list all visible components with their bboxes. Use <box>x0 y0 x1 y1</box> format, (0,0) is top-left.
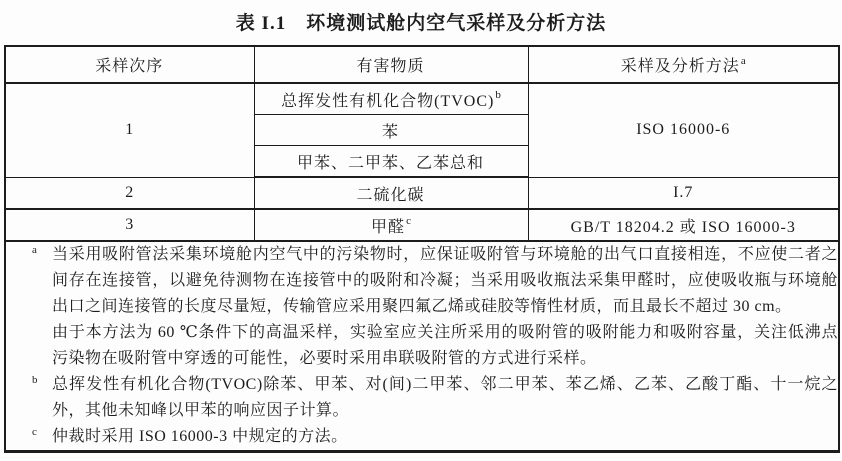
cell-order-1: 1 <box>5 83 254 177</box>
footnote-a-paragraph-1: 当采用吸附管法采集环境舱内空气中的污染物时，应保证吸附管与环境舱的出气口直接相连… <box>52 242 838 320</box>
footnote-ref-c: c <box>406 215 411 227</box>
footnote-marker-a: a <box>32 245 38 256</box>
substance-label: 二硫化碳 <box>356 187 424 204</box>
header-label: 有害物质 <box>356 58 424 75</box>
document-page: 表 I.1 环境测试舱内空气采样及分析方法 采样次序 有害物质 采样及分析方法a… <box>0 0 842 461</box>
substance-label: 苯 <box>382 124 399 141</box>
footnote-a-paragraph-2: 由于本方法为 60 ℃条件下的高温采样，实验室应关注所采用的吸附管的吸附能力和吸… <box>52 320 838 372</box>
cell-substance-toluene-sum: 甲苯、二甲苯、乙苯总和 <box>254 146 528 178</box>
footnote-c: c 仲裁时采用 ISO 16000-3 中规定的方法。 <box>6 424 838 450</box>
footnote-c-paragraph-1: 仲裁时采用 ISO 16000-3 中规定的方法。 <box>52 424 838 450</box>
substance-label: 总挥发性有机化合物(TVOC) <box>281 93 494 110</box>
cell-substance-benzene: 苯 <box>254 115 528 146</box>
footnote-b: b 总挥发性有机化合物(TVOC)除苯、甲苯、对(间)二甲苯、邻二甲苯、苯乙烯、… <box>6 372 838 424</box>
footnote-ref-b: b <box>495 89 501 101</box>
header-cell-sampling-order: 采样次序 <box>5 46 254 83</box>
sampling-methods-table: 采样次序 有害物质 采样及分析方法a 1 总挥发性有机化合物(TVOC)b IS… <box>4 45 840 453</box>
cell-substance-formaldehyde: 甲醛c <box>254 209 528 241</box>
footnote-row: a 当采用吸附管法采集环境舱内空气中的污染物时，应保证吸附管与环境舱的出气口直接… <box>5 241 839 452</box>
header-label: 采样次序 <box>95 58 163 75</box>
header-cell-harmful-substance: 有害物质 <box>254 46 528 83</box>
cell-substance-tvoc: 总挥发性有机化合物(TVOC)b <box>254 83 528 115</box>
table-row: 3 甲醛c GB/T 18204.2 或 ISO 16000-3 <box>5 209 839 241</box>
cell-substance-carbon-disulfide: 二硫化碳 <box>254 177 528 209</box>
table-title: 表 I.1 环境测试舱内空气采样及分析方法 <box>0 8 842 35</box>
header-cell-analysis-method: 采样及分析方法a <box>528 46 839 83</box>
footnote-marker-c: c <box>32 427 38 438</box>
cell-order-2: 2 <box>5 177 254 209</box>
header-row: 采样次序 有害物质 采样及分析方法a <box>5 46 839 83</box>
cell-method-i7: I.7 <box>528 177 839 209</box>
header-label: 采样及分析方法 <box>621 58 740 75</box>
footnote-b-paragraph-1: 总挥发性有机化合物(TVOC)除苯、甲苯、对(间)二甲苯、邻二甲苯、苯乙烯、乙苯… <box>52 372 838 424</box>
footnote-ref-a: a <box>741 55 746 67</box>
table-row: 1 总挥发性有机化合物(TVOC)b ISO 16000-6 <box>5 83 839 115</box>
cell-method-iso-16000-6: ISO 16000-6 <box>528 83 839 177</box>
cell-order-3: 3 <box>5 209 254 241</box>
table-row: 2 二硫化碳 I.7 <box>5 177 839 209</box>
footnote-a: a 当采用吸附管法采集环境舱内空气中的污染物时，应保证吸附管与环境舱的出气口直接… <box>6 242 838 372</box>
substance-label: 甲苯、二甲苯、乙苯总和 <box>297 155 484 172</box>
cell-method-gbt-18204: GB/T 18204.2 或 ISO 16000-3 <box>528 209 839 241</box>
substance-label: 甲醛 <box>371 219 405 236</box>
footnote-section: a 当采用吸附管法采集环境舱内空气中的污染物时，应保证吸附管与环境舱的出气口直接… <box>5 241 839 452</box>
footnote-marker-b: b <box>32 375 39 386</box>
